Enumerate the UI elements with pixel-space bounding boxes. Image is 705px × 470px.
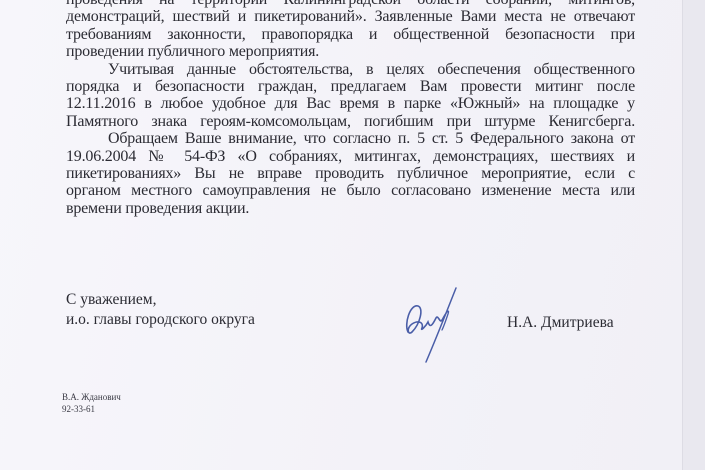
text-line: проведения на территории Калининградской… bbox=[66, 0, 635, 8]
text-line: проведении публичного мероприятия. bbox=[66, 43, 635, 60]
signer-name: Н.А. Дмитриева bbox=[507, 314, 614, 332]
text-line: 12.11.2016 в любое удобное для Вас время… bbox=[66, 95, 635, 112]
paragraph-2: Учитывая данные обстоятельства, в целях … bbox=[66, 61, 635, 131]
text-line: Обращаем Ваше внимание, что согласно п. … bbox=[66, 130, 635, 147]
closing-block: С уважением, и.о. главы городского округ… bbox=[66, 290, 255, 330]
signer-position: и.о. главы городского округа bbox=[66, 310, 255, 330]
paragraph-3: Обращаем Ваше внимание, что согласно п. … bbox=[66, 130, 635, 217]
executor-block: В.А. Жданович 92-33-61 bbox=[62, 391, 121, 415]
letter-body: проведения на территории Калининградской… bbox=[66, 0, 635, 217]
page-edge bbox=[682, 0, 705, 470]
text-line: пикетированиях» Вы не вправе проводить п… bbox=[66, 165, 635, 182]
executor-name: В.А. Жданович bbox=[62, 391, 121, 403]
salutation: С уважением, bbox=[66, 290, 255, 310]
text-line: Учитывая данные обстоятельства, в целях … bbox=[66, 61, 635, 78]
text-line: времени проведения акции. bbox=[66, 200, 635, 217]
text-line: порядка и безопасности граждан, предлага… bbox=[66, 78, 635, 95]
text-line: 19.06.2004 № 54-ФЗ «О собраниях, митинга… bbox=[66, 148, 635, 165]
text-line: органом местного самоуправления не было … bbox=[66, 182, 635, 199]
text-line: требованиям законности, правопорядка и о… bbox=[66, 26, 635, 43]
paragraph-1: проведения на территории Калининградской… bbox=[66, 0, 635, 61]
text-line: Памятного знака героям-комсомольцам, пог… bbox=[66, 113, 635, 130]
executor-phone: 92-33-61 bbox=[62, 403, 121, 415]
signature-icon bbox=[398, 284, 478, 364]
text-line: демонстраций, шествий и пикетирований». … bbox=[66, 8, 635, 25]
